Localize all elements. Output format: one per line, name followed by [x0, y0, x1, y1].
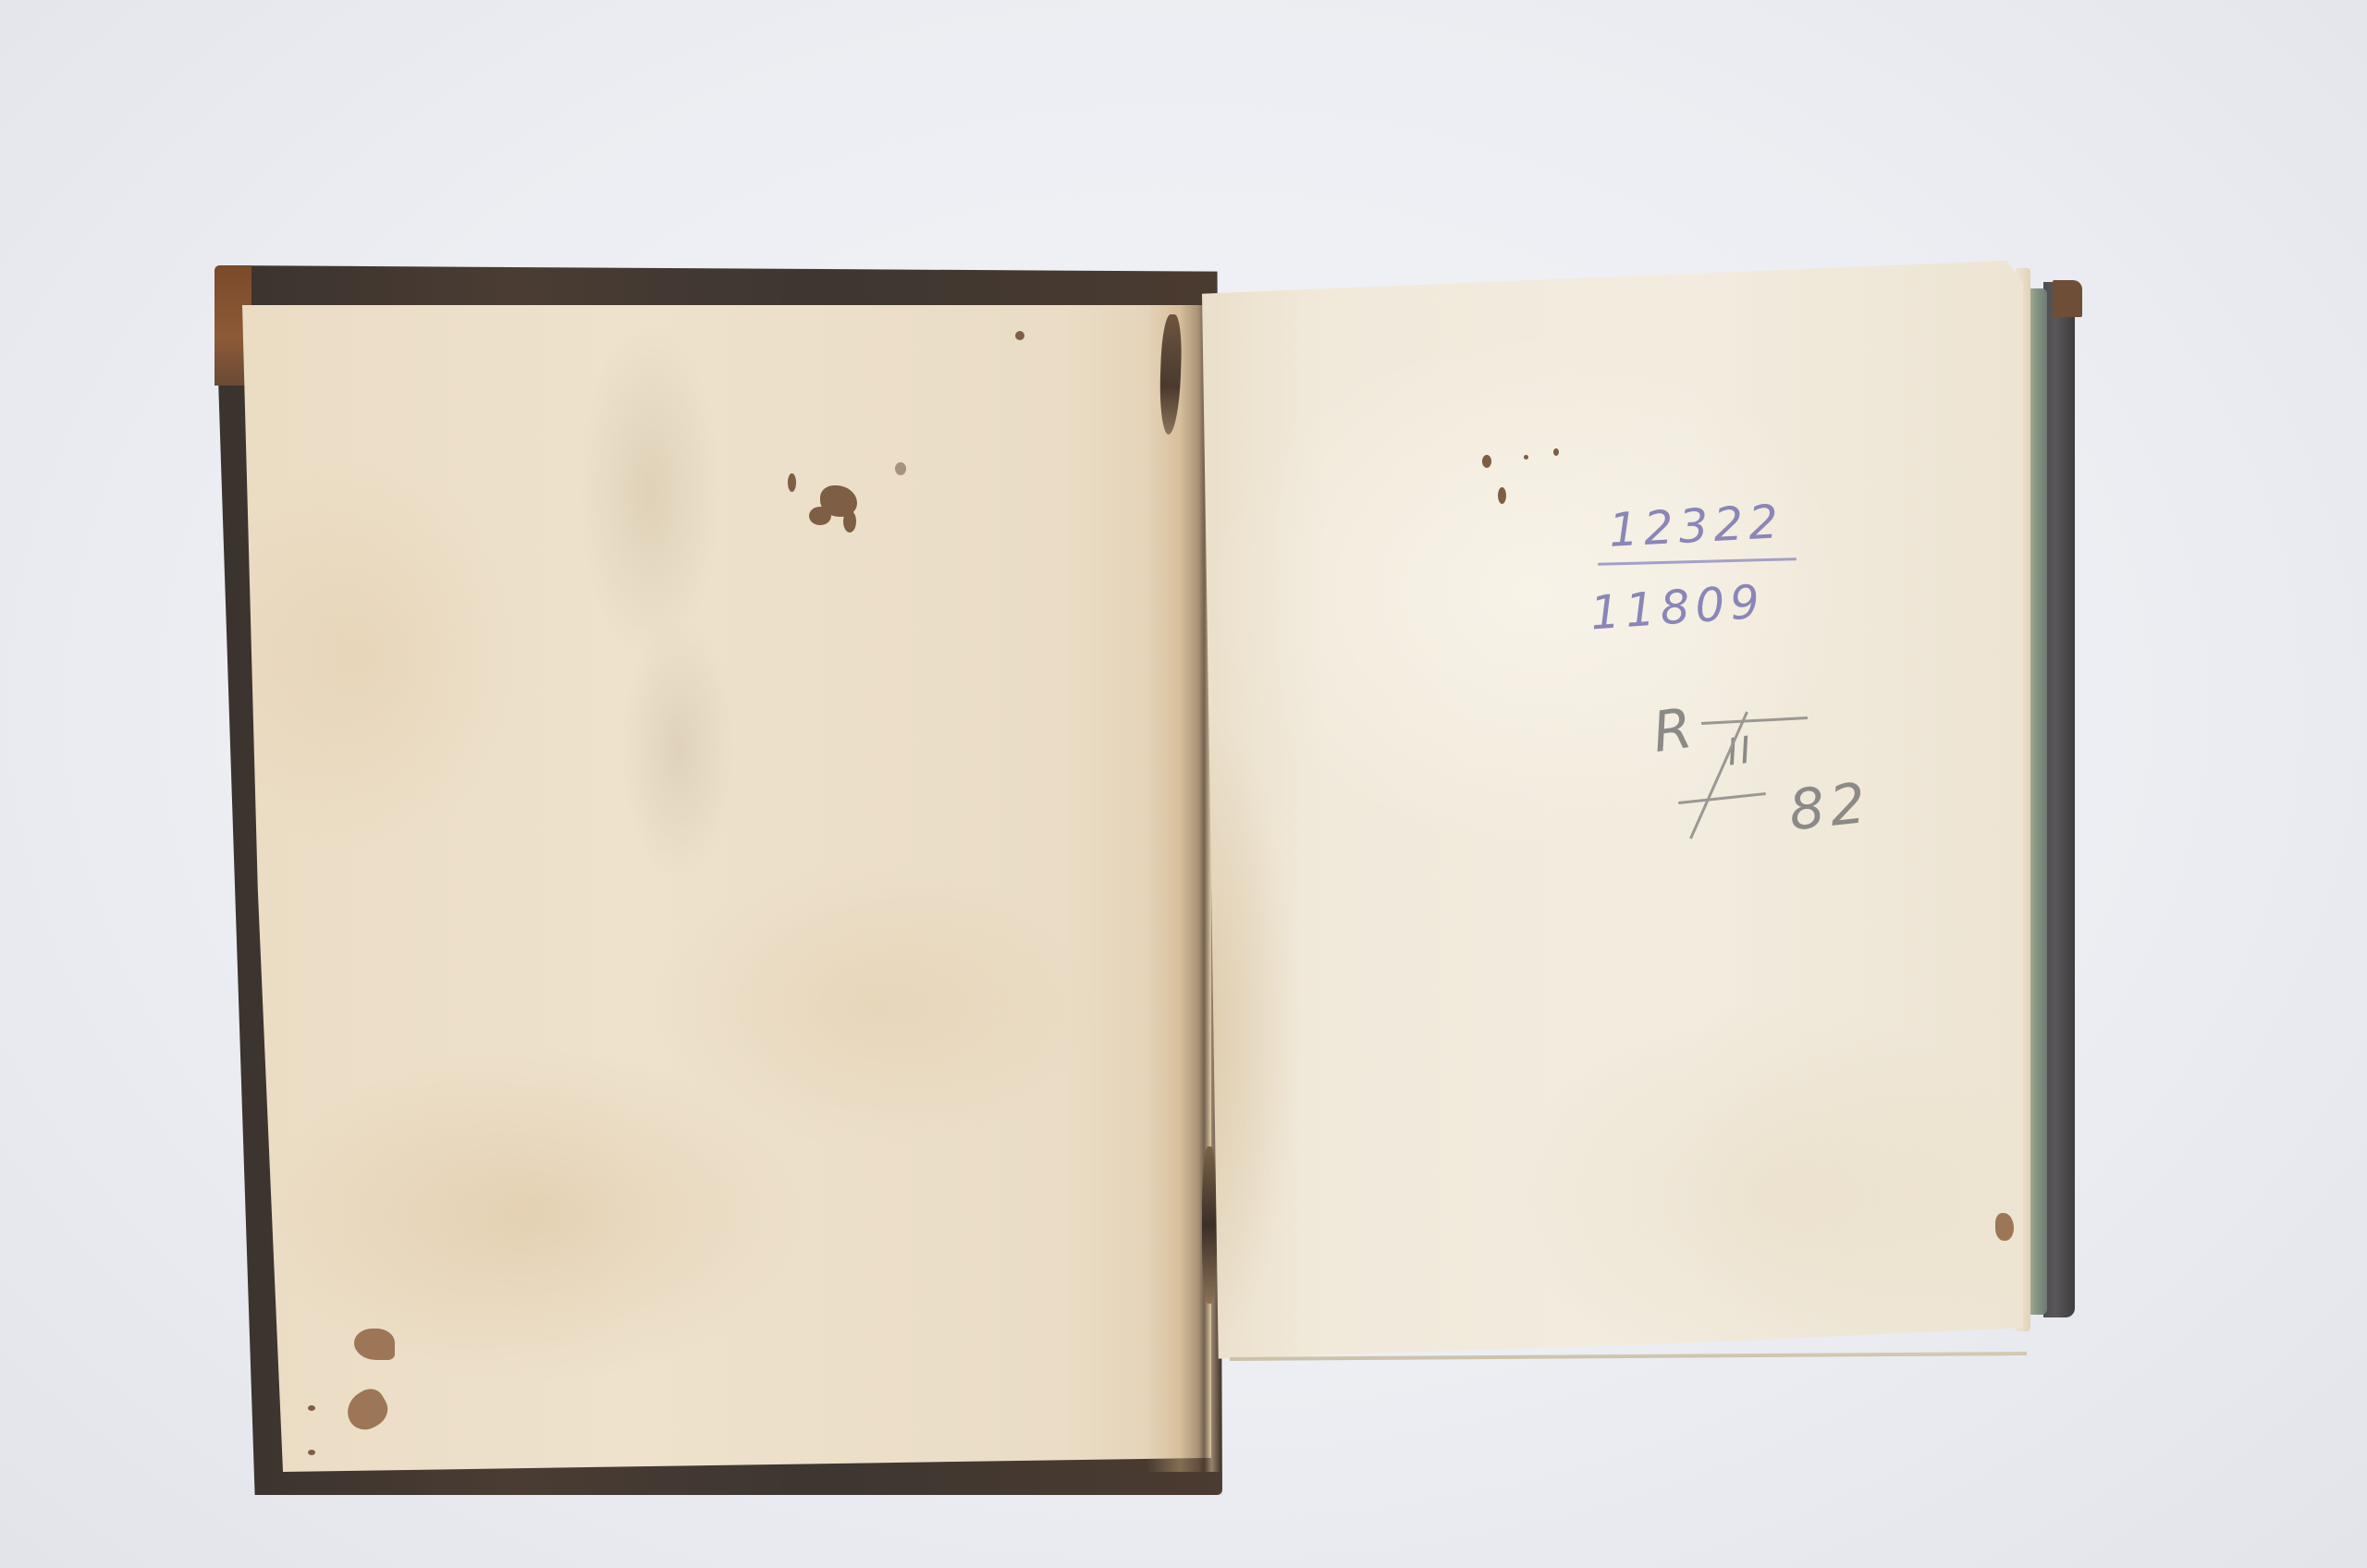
accession-number-top: 12322 [1608, 495, 1785, 557]
wormhole-right-a [1482, 455, 1491, 468]
wormhole-left-bottom-a [308, 1405, 315, 1411]
gutter-tear-bottom [1202, 1146, 1217, 1304]
right-cover-board-edge [2043, 282, 2075, 1317]
wormhole-left-bottom-b [308, 1450, 315, 1455]
wormhole-top [1015, 331, 1024, 340]
right-flyleaf-page [1202, 261, 2023, 1361]
worn-binding-corner-right [2053, 280, 2082, 317]
stain-right-bottom [1995, 1213, 2014, 1241]
stain-left-upper-c [843, 510, 856, 533]
left-pastedown-page [242, 305, 1211, 1472]
shelfmark-number: 82 [1786, 771, 1874, 844]
wormhole-left-a [788, 473, 796, 492]
shelfmark-prefix: R [1649, 695, 1701, 766]
wormhole-right-d [1553, 448, 1559, 456]
wormhole-right-c [1524, 455, 1528, 459]
wormhole-left-b [895, 462, 906, 475]
wormhole-right-b [1498, 487, 1506, 504]
stain-left-upper-b [809, 507, 831, 525]
stain-left-bottom-a [354, 1329, 395, 1360]
